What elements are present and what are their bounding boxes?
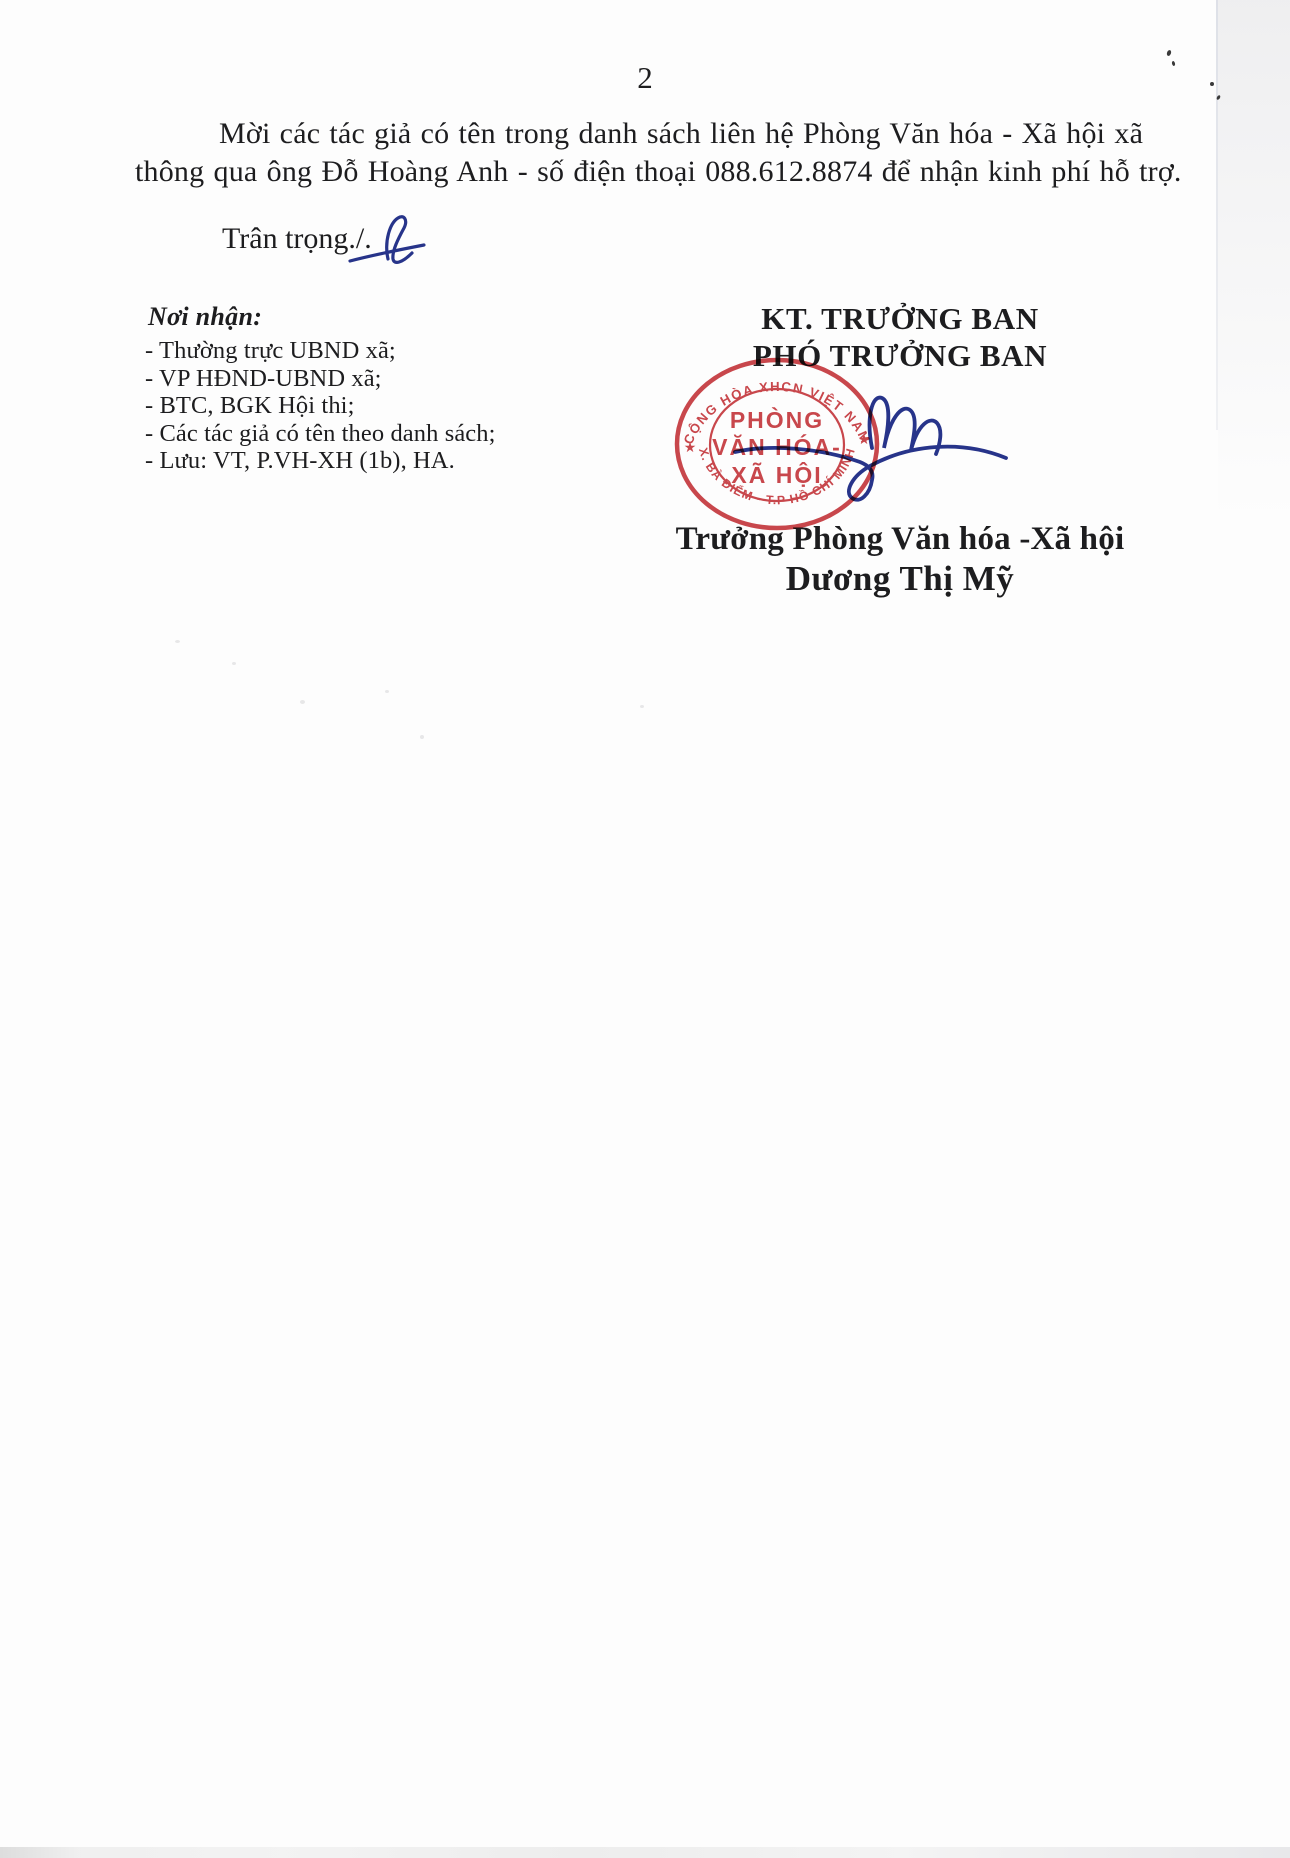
paper-smudge bbox=[175, 640, 180, 643]
signer-name: Dương Thị Mỹ bbox=[650, 559, 1150, 599]
closing-initial-signature bbox=[338, 203, 448, 273]
recipient-item: - VP HĐND-UBND xã; bbox=[145, 365, 496, 393]
recipients-heading: Nơi nhận: bbox=[148, 302, 262, 332]
recipient-item: - Các tác giả có tên theo danh sách; bbox=[145, 420, 496, 448]
paragraph-line-1: Mời các tác giả có tên trong danh sách l… bbox=[219, 117, 1143, 151]
scan-bottom-noise-strip bbox=[0, 1847, 1290, 1858]
recipient-item: - Thường trực UBND xã; bbox=[145, 337, 496, 365]
paper-smudge bbox=[232, 662, 236, 665]
paper-smudge bbox=[385, 690, 389, 693]
paper-smudge bbox=[640, 705, 644, 708]
recipients-list: - Thường trực UBND xã; - VP HĐND-UBND xã… bbox=[145, 337, 496, 475]
authority-line-1: KT. TRƯỞNG BAN bbox=[650, 301, 1150, 338]
recipient-item: - BTC, BGK Hội thi; bbox=[145, 392, 496, 420]
scanned-document-page: 2 Mời các tác giả có tên trong danh sách… bbox=[0, 0, 1290, 1858]
page-number: 2 bbox=[0, 60, 1290, 96]
recipient-item: - Lưu: VT, P.VH-XH (1b), HA. bbox=[145, 447, 496, 475]
paper-smudge bbox=[420, 735, 424, 739]
stamp-star-left-icon: ★ bbox=[684, 441, 697, 456]
paragraph-line-2: thông qua ông Đỗ Hoàng Anh - số điện tho… bbox=[135, 155, 1182, 189]
handwritten-signature bbox=[700, 378, 1030, 518]
ink-speck bbox=[1166, 49, 1172, 56]
ink-speck bbox=[1210, 82, 1214, 86]
scan-edge-shading bbox=[1218, 0, 1290, 520]
paper-smudge bbox=[300, 700, 305, 704]
